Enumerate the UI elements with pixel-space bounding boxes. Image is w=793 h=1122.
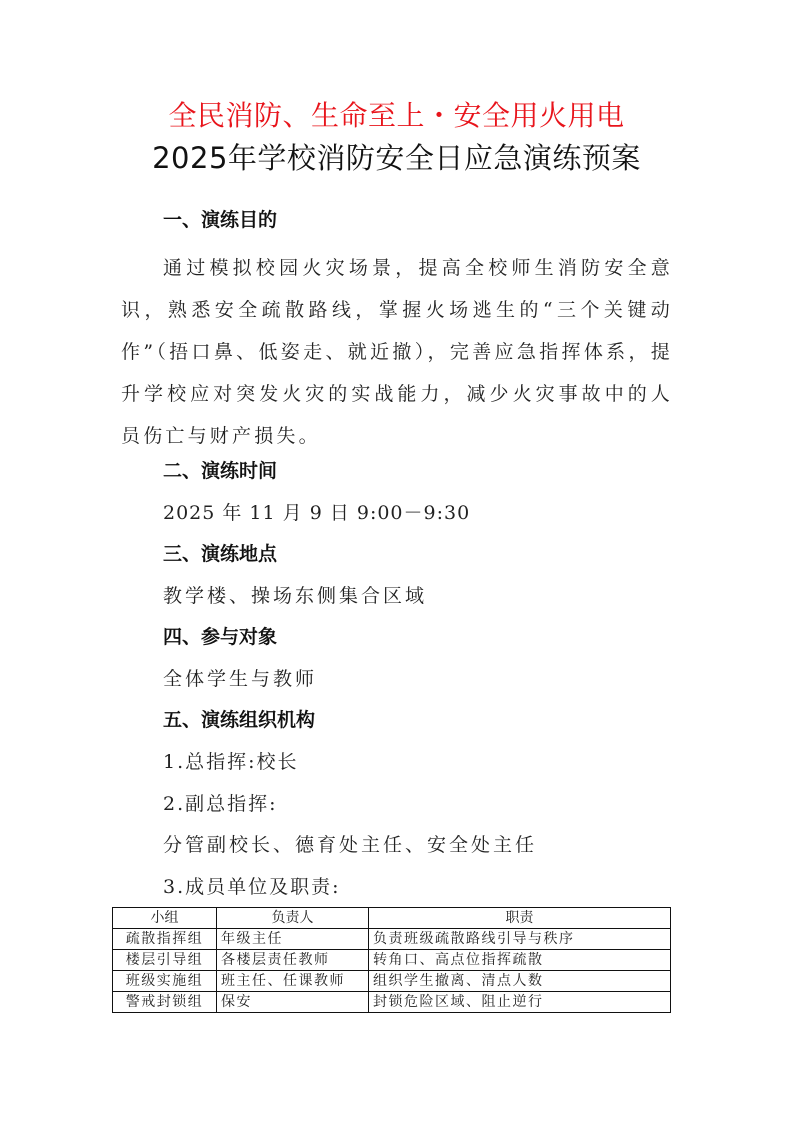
table-cell-group: 警戒封锁组 bbox=[113, 992, 217, 1013]
section-heading-organization: 五、演练组织机构 bbox=[163, 707, 315, 733]
table-cell-group: 疏散指挥组 bbox=[113, 929, 217, 950]
document-slogan-title: 全民消防、生命至上・安全用火用电 bbox=[0, 98, 793, 134]
table-row: 警戒封锁组 保安 封锁危险区域、阻止逆行 bbox=[113, 992, 671, 1013]
table-cell-duty: 负责班级疏散路线引导与秩序 bbox=[369, 929, 671, 950]
table-header-row: 小组 负责人 职责 bbox=[113, 908, 671, 929]
org-item-deputy-commander: 2.副总指挥: bbox=[163, 791, 278, 817]
table-cell-leader: 年级主任 bbox=[217, 929, 369, 950]
table-row: 楼层引导组 各楼层责任教师 转角口、高点位指挥疏散 bbox=[113, 950, 671, 971]
table-header-group: 小组 bbox=[113, 908, 217, 929]
document-page: 全民消防、生命至上・安全用火用电 2025年学校消防安全日应急演练预案 一、演练… bbox=[0, 0, 793, 1122]
table-cell-leader: 各楼层责任教师 bbox=[217, 950, 369, 971]
section-body-time: 2025 年 11 月 9 日 9:00－9:30 bbox=[163, 500, 470, 526]
section-heading-time: 二、演练时间 bbox=[163, 458, 277, 484]
org-item-deputy-list: 分管副校长、德育处主任、安全处主任 bbox=[163, 832, 537, 858]
table-cell-duty: 组织学生撤离、清点人数 bbox=[369, 971, 671, 992]
section-body-participants: 全体学生与教师 bbox=[163, 666, 317, 692]
section-heading-participants: 四、参与对象 bbox=[163, 624, 277, 650]
org-item-commander: 1.总指挥:校长 bbox=[163, 749, 299, 775]
table-cell-group: 班级实施组 bbox=[113, 971, 217, 992]
org-item-members-heading: 3.成员单位及职责: bbox=[163, 874, 341, 900]
table-header-duty: 职责 bbox=[369, 908, 671, 929]
table-cell-duty: 转角口、高点位指挥疏散 bbox=[369, 950, 671, 971]
table-header-leader: 负责人 bbox=[217, 908, 369, 929]
document-main-title: 2025年学校消防安全日应急演练预案 bbox=[0, 139, 793, 177]
table-cell-group: 楼层引导组 bbox=[113, 950, 217, 971]
section-body-location: 教学楼、操场东侧集合区域 bbox=[163, 583, 427, 609]
table-cell-duty: 封锁危险区域、阻止逆行 bbox=[369, 992, 671, 1013]
section-heading-location: 三、演练地点 bbox=[163, 541, 277, 567]
section-body-purpose: 通过模拟校园火灾场景，提高全校师生消防安全意识，熟悉安全疏散路线，掌握火场逃生的… bbox=[121, 247, 673, 457]
section-heading-purpose: 一、演练目的 bbox=[163, 207, 277, 233]
roles-table: 小组 负责人 职责 疏散指挥组 年级主任 负责班级疏散路线引导与秩序 楼层引导组… bbox=[112, 907, 671, 1013]
table-row: 疏散指挥组 年级主任 负责班级疏散路线引导与秩序 bbox=[113, 929, 671, 950]
table-row: 班级实施组 班主任、任课教师 组织学生撤离、清点人数 bbox=[113, 971, 671, 992]
table-cell-leader: 班主任、任课教师 bbox=[217, 971, 369, 992]
table-cell-leader: 保安 bbox=[217, 992, 369, 1013]
